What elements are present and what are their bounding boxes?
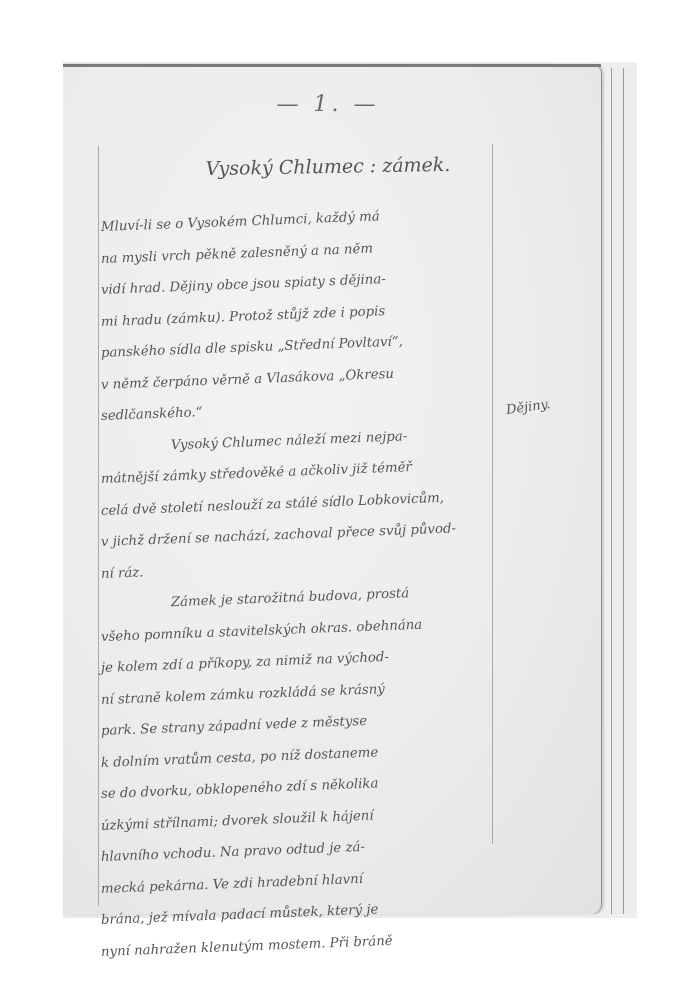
page-title: Vysoký Chlumec : zámek. [178, 153, 478, 180]
page-edge [623, 68, 636, 914]
margin-note: Dějiny. [505, 397, 551, 418]
left-margin-line [98, 146, 99, 906]
scanned-book-page: — 1. — Vysoký Chlumec : zámek. Mluví-li … [63, 62, 637, 918]
page-number: — 1. — [263, 92, 393, 117]
notebook-page: — 1. — Vysoký Chlumec : zámek. Mluví-li … [63, 64, 601, 914]
page-top-shadow [63, 64, 601, 67]
handwritten-body: Mluví-li se o Vysokém Chlumci, každý má … [101, 212, 496, 968]
